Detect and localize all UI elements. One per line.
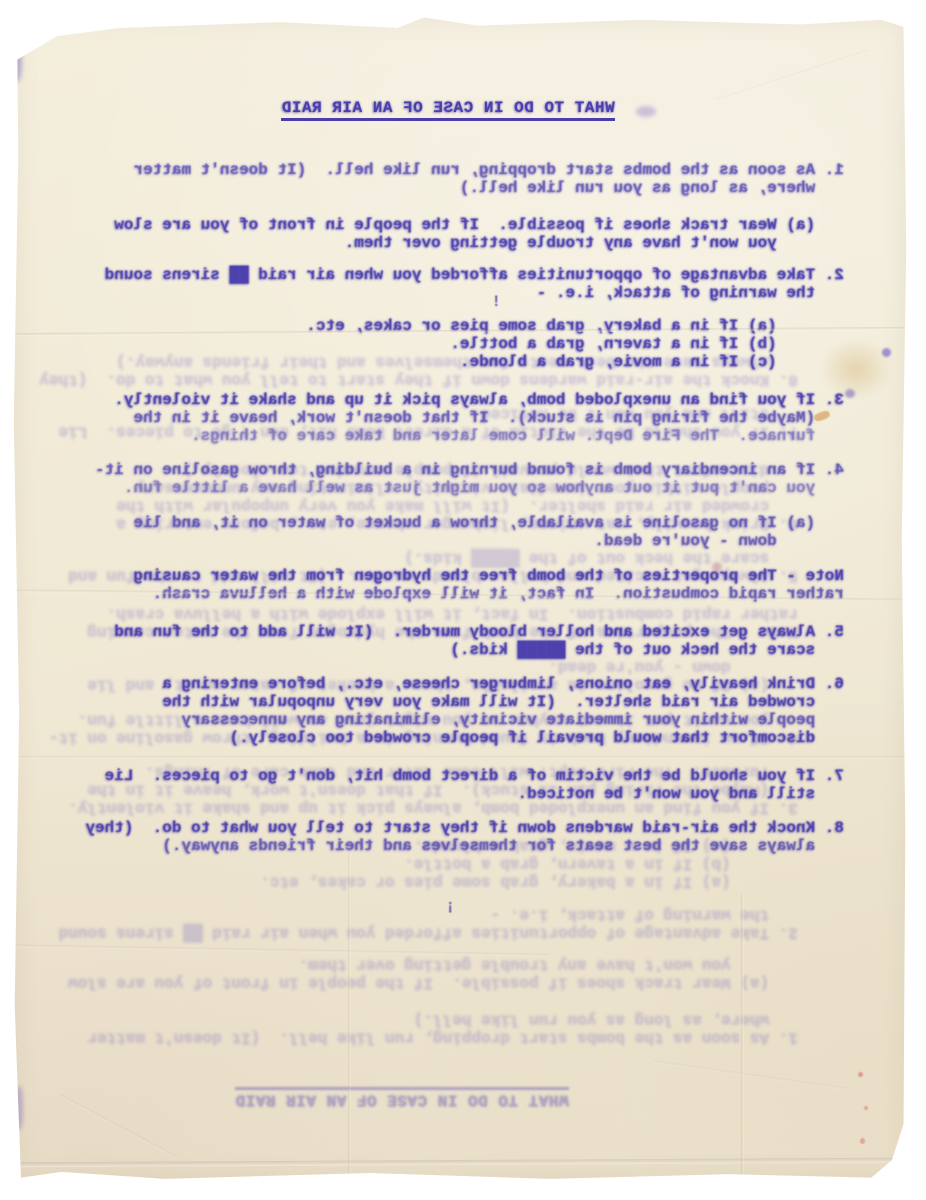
- document-line: Note - The properties of the bomb free t…: [133, 567, 844, 585]
- document-line: crowded air raid shelter. (It will make …: [162, 693, 844, 711]
- document-line: you won't have any trouble getting over …: [345, 234, 844, 252]
- document-line: always save the best seats for themselve…: [162, 837, 844, 855]
- document-line: scare the heck out of the █████ kids.): [450, 641, 844, 659]
- document-line: furnace. The Fire Dept. will come later …: [191, 427, 844, 445]
- document-line: 4. If an incendiary bomb is found burnin…: [95, 461, 844, 479]
- document-line: 7. If you should be the victim of a dire…: [105, 767, 844, 785]
- document-line: still and you won't be noticed.: [518, 785, 844, 803]
- document-line: where, as long as you run like hell.): [460, 179, 844, 197]
- document-title: WHAT TO DO IN CASE OF AN AIR RAID: [78, 99, 818, 117]
- document-line: you can't put it out anyhow so you might…: [124, 479, 844, 497]
- document-line: down - you're dead.: [594, 532, 844, 550]
- document-line: (b) If in a tavern, grab a bottle.: [450, 335, 844, 353]
- mirrored-text-layer: WHAT TO DO IN CASE OF AN AIR RAID 1. As …: [12, 14, 908, 1180]
- document-line: 2. Take advantage of opportunities affor…: [105, 266, 844, 284]
- document-line: discomfort that would prevail if people …: [230, 729, 845, 747]
- main-doc: WHAT TO DO IN CASE OF AN AIR RAID 1. As …: [12, 14, 908, 1180]
- document-line: 1. As soon as the bombs start dropping, …: [133, 161, 844, 179]
- document-line: (a) Wear track shoes if possible. If the…: [114, 216, 844, 234]
- document-line: (c) If in a movie, grab a blonde.: [460, 353, 844, 371]
- document-line: people within your immediate vicinity, e…: [181, 711, 844, 729]
- document-line: (a) If no gasoline is available, throw a…: [133, 514, 844, 532]
- document-line: 6. Drink heavily, eat onions, limburger …: [162, 675, 844, 693]
- document-line: (Maybe the firing pin is stuck). If that…: [133, 409, 844, 427]
- document-line: (a) If in a bakery, grab some pies or ca…: [306, 317, 844, 335]
- document-line: rather rapid combustion. In fact, it wil…: [153, 585, 844, 603]
- document-line: 8. Knock the air-raid wardens down if th…: [85, 819, 844, 837]
- stray-ink-mark: !: [491, 293, 501, 311]
- document-page: WHAT TO DO IN CASE OF AN AIR RAID 1. As …: [12, 14, 908, 1180]
- document-line: 3. If you find an unexploded bomb, alway…: [114, 391, 844, 409]
- document-line: 5. Always get excited and holler bloody …: [114, 623, 844, 641]
- document-line: the warning of attack, i.e. -: [537, 284, 844, 302]
- scan-background: WHAT TO DO IN CASE OF AN AIR RAID 1. As …: [0, 0, 926, 1200]
